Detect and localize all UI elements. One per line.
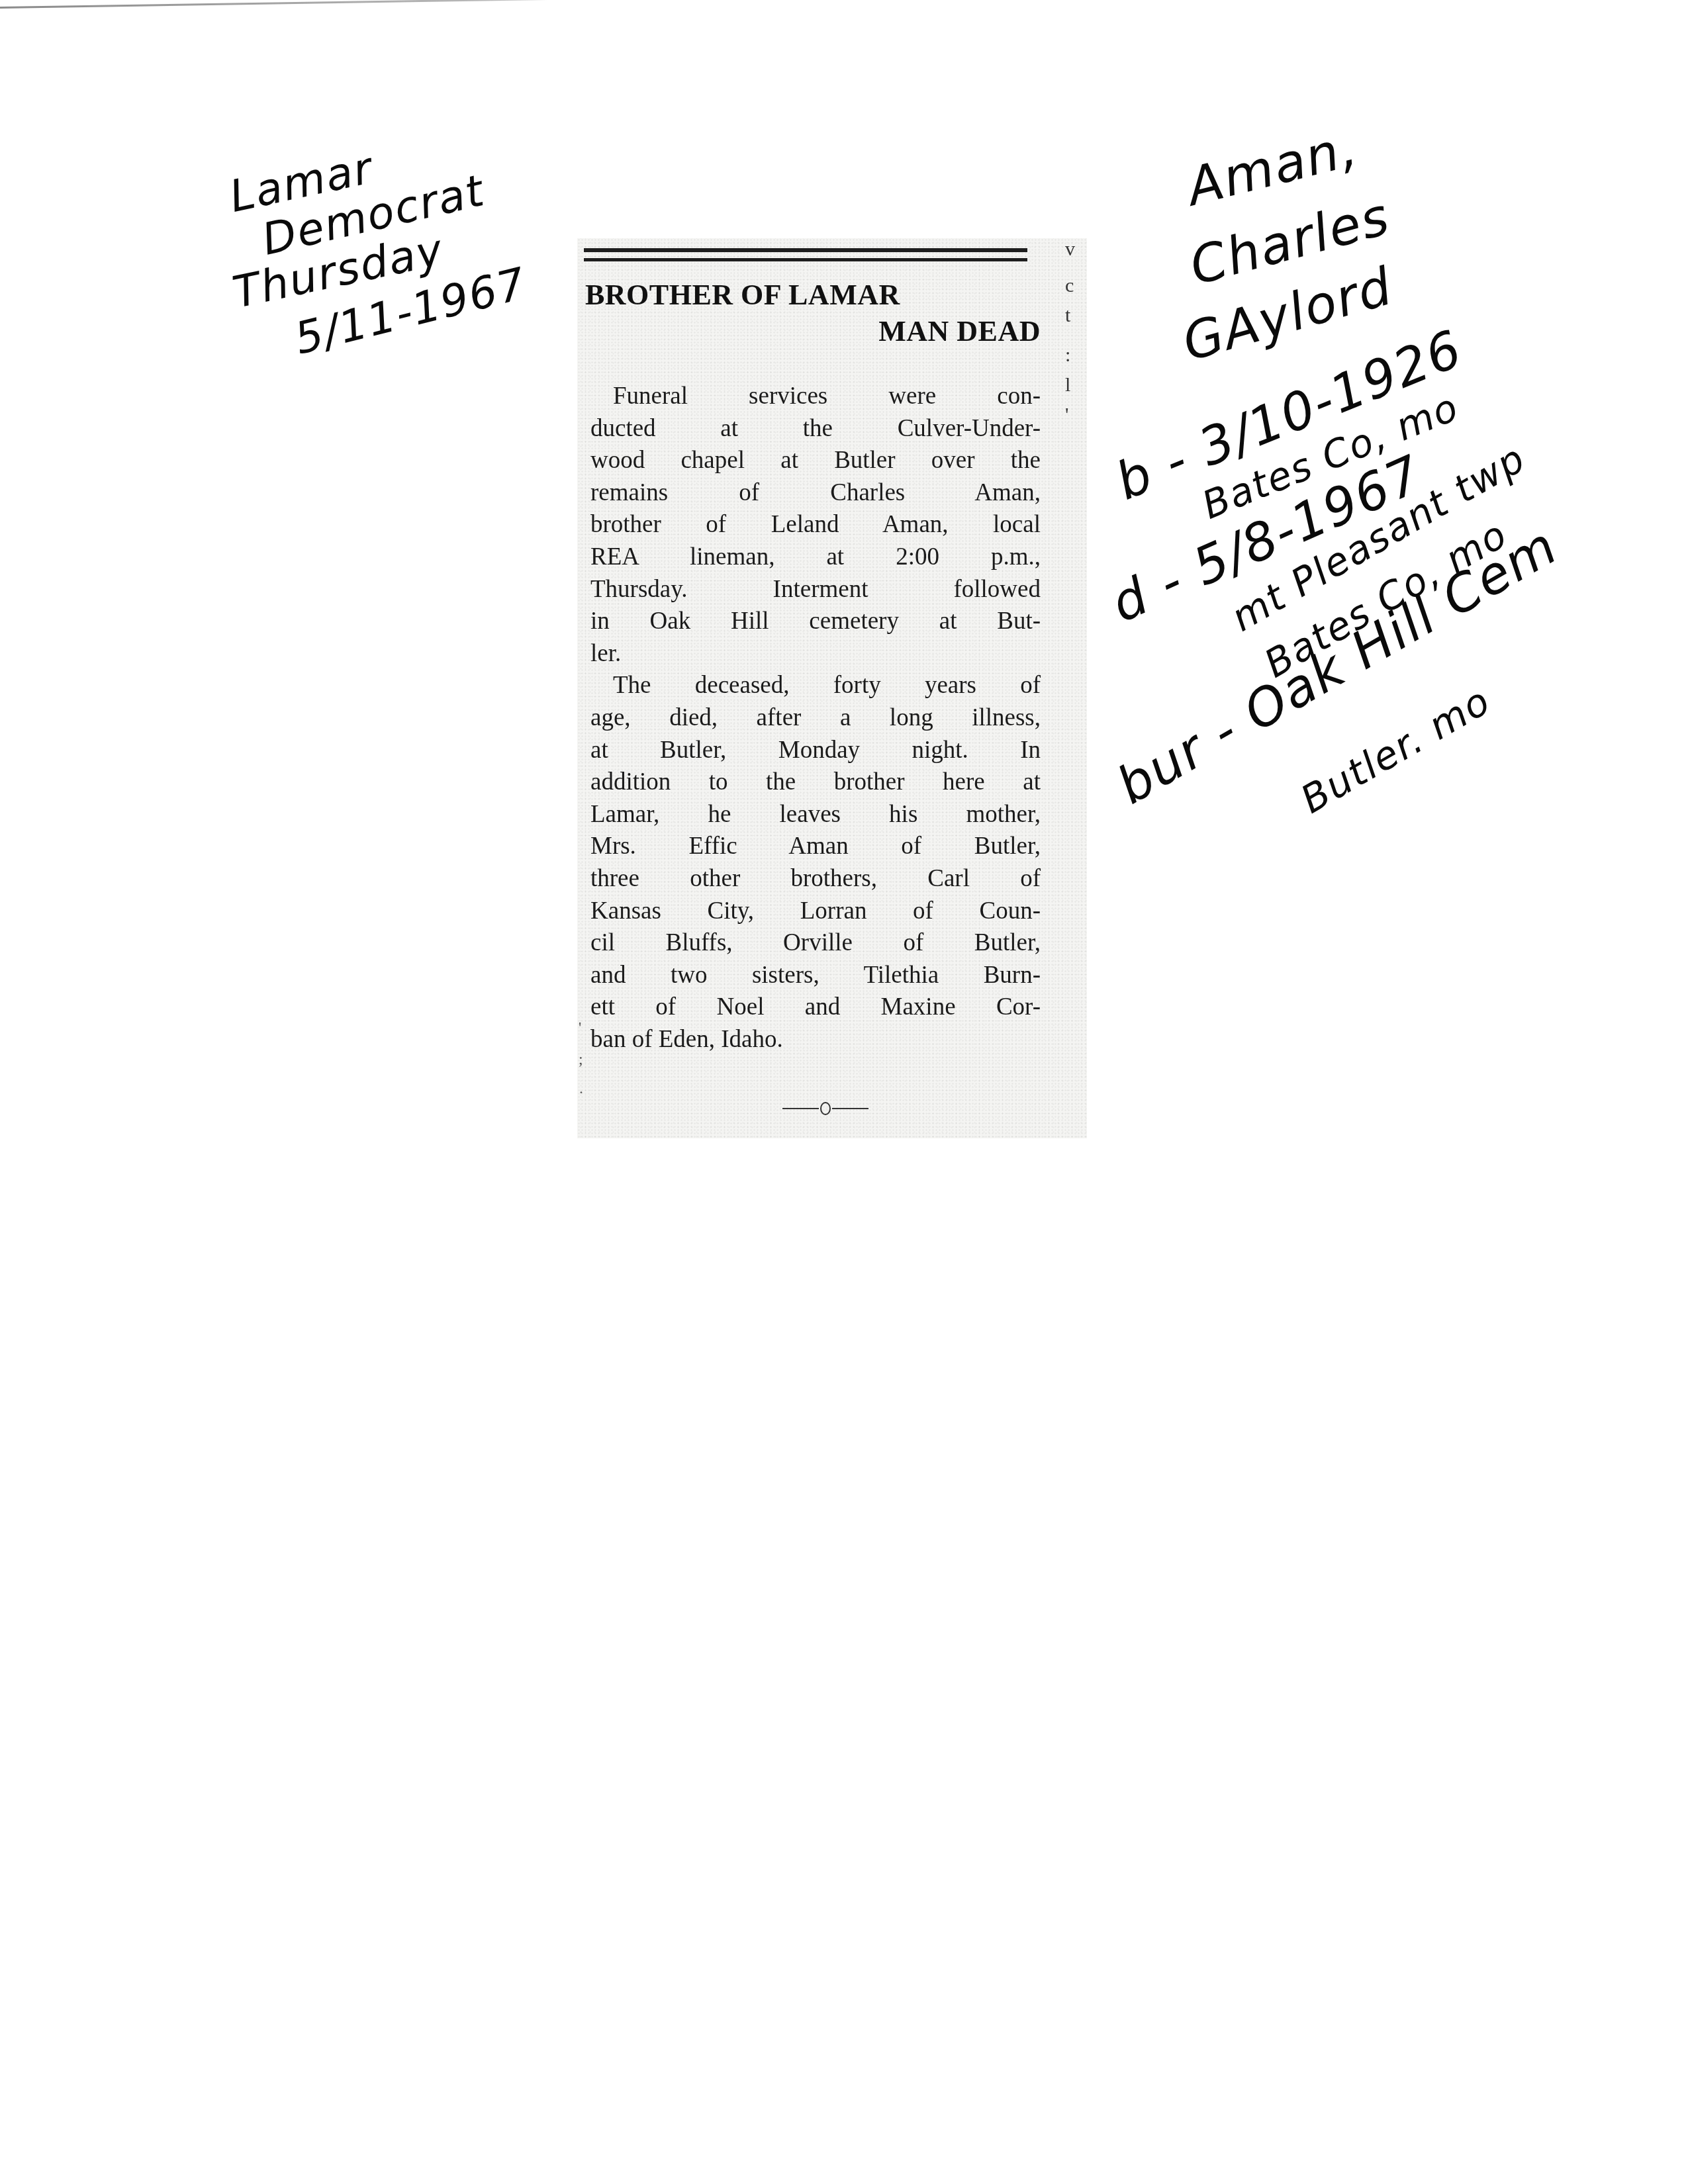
headline-rule-top bbox=[584, 248, 1027, 252]
fragment: v bbox=[1065, 238, 1075, 261]
scan-edge-shadow bbox=[0, 0, 695, 9]
adjacent-column-fragments: v c t : l ' bbox=[1065, 238, 1085, 437]
body-line: Lamar, he leaves his mother, bbox=[590, 799, 1041, 831]
body-line: ducted at the Culver-Under- bbox=[590, 413, 1041, 445]
body-line: age, died, after a long illness, bbox=[590, 702, 1041, 735]
end-of-article-mark bbox=[782, 1102, 868, 1115]
obituary-body: Funeral services were con- ducted at the… bbox=[590, 381, 1041, 1056]
body-line: The deceased, forty years of bbox=[590, 670, 1041, 702]
burial-label: bur - bbox=[1107, 700, 1248, 816]
body-line: in Oak Hill cemetery at But- bbox=[590, 606, 1041, 638]
body-line: cil Bluffs, Orville of Butler, bbox=[590, 927, 1041, 960]
headline-line-2: MAN DEAD bbox=[577, 314, 1041, 348]
body-line: Kansas City, Lorran of Coun- bbox=[590, 895, 1041, 928]
body-line: Mrs. Effic Aman of Butler, bbox=[590, 831, 1041, 863]
body-line: Funeral services were con- bbox=[590, 381, 1041, 413]
body-line: three other brothers, Carl of bbox=[590, 863, 1041, 895]
body-line: addition to the brother here at bbox=[590, 766, 1041, 799]
body-line: at Butler, Monday night. In bbox=[590, 735, 1041, 767]
body-line: wood chapel at Butler over the bbox=[590, 445, 1041, 477]
headline-line-1: BROTHER OF LAMAR bbox=[585, 278, 1056, 312]
fragment: t bbox=[1065, 304, 1070, 327]
body-line: ler. bbox=[590, 638, 1041, 670]
body-line: remains of Charles Aman, bbox=[590, 477, 1041, 510]
fragment: l bbox=[1065, 374, 1070, 396]
body-line: brother of Leland Aman, local bbox=[590, 509, 1041, 541]
body-line: Thursday. Interment followed bbox=[590, 574, 1041, 606]
birth-label: b - bbox=[1108, 430, 1197, 512]
body-line: ett of Noel and Maxine Cor- bbox=[590, 991, 1041, 1024]
fragment: : bbox=[1065, 344, 1070, 367]
body-line: and two sisters, Tilethia Burn- bbox=[590, 960, 1041, 992]
death-label: d - bbox=[1103, 551, 1193, 634]
fragment: ' bbox=[1065, 404, 1068, 426]
newspaper-clipping: BROTHER OF LAMAR MAN DEAD v c t : l ' Fu… bbox=[577, 238, 1087, 1138]
body-line: REA lineman, at 2:00 p.m., bbox=[590, 541, 1041, 574]
headline-rule-bottom bbox=[584, 258, 1027, 261]
body-line: ban of Eden, Idaho. bbox=[590, 1024, 1041, 1056]
fragment: c bbox=[1065, 275, 1074, 297]
